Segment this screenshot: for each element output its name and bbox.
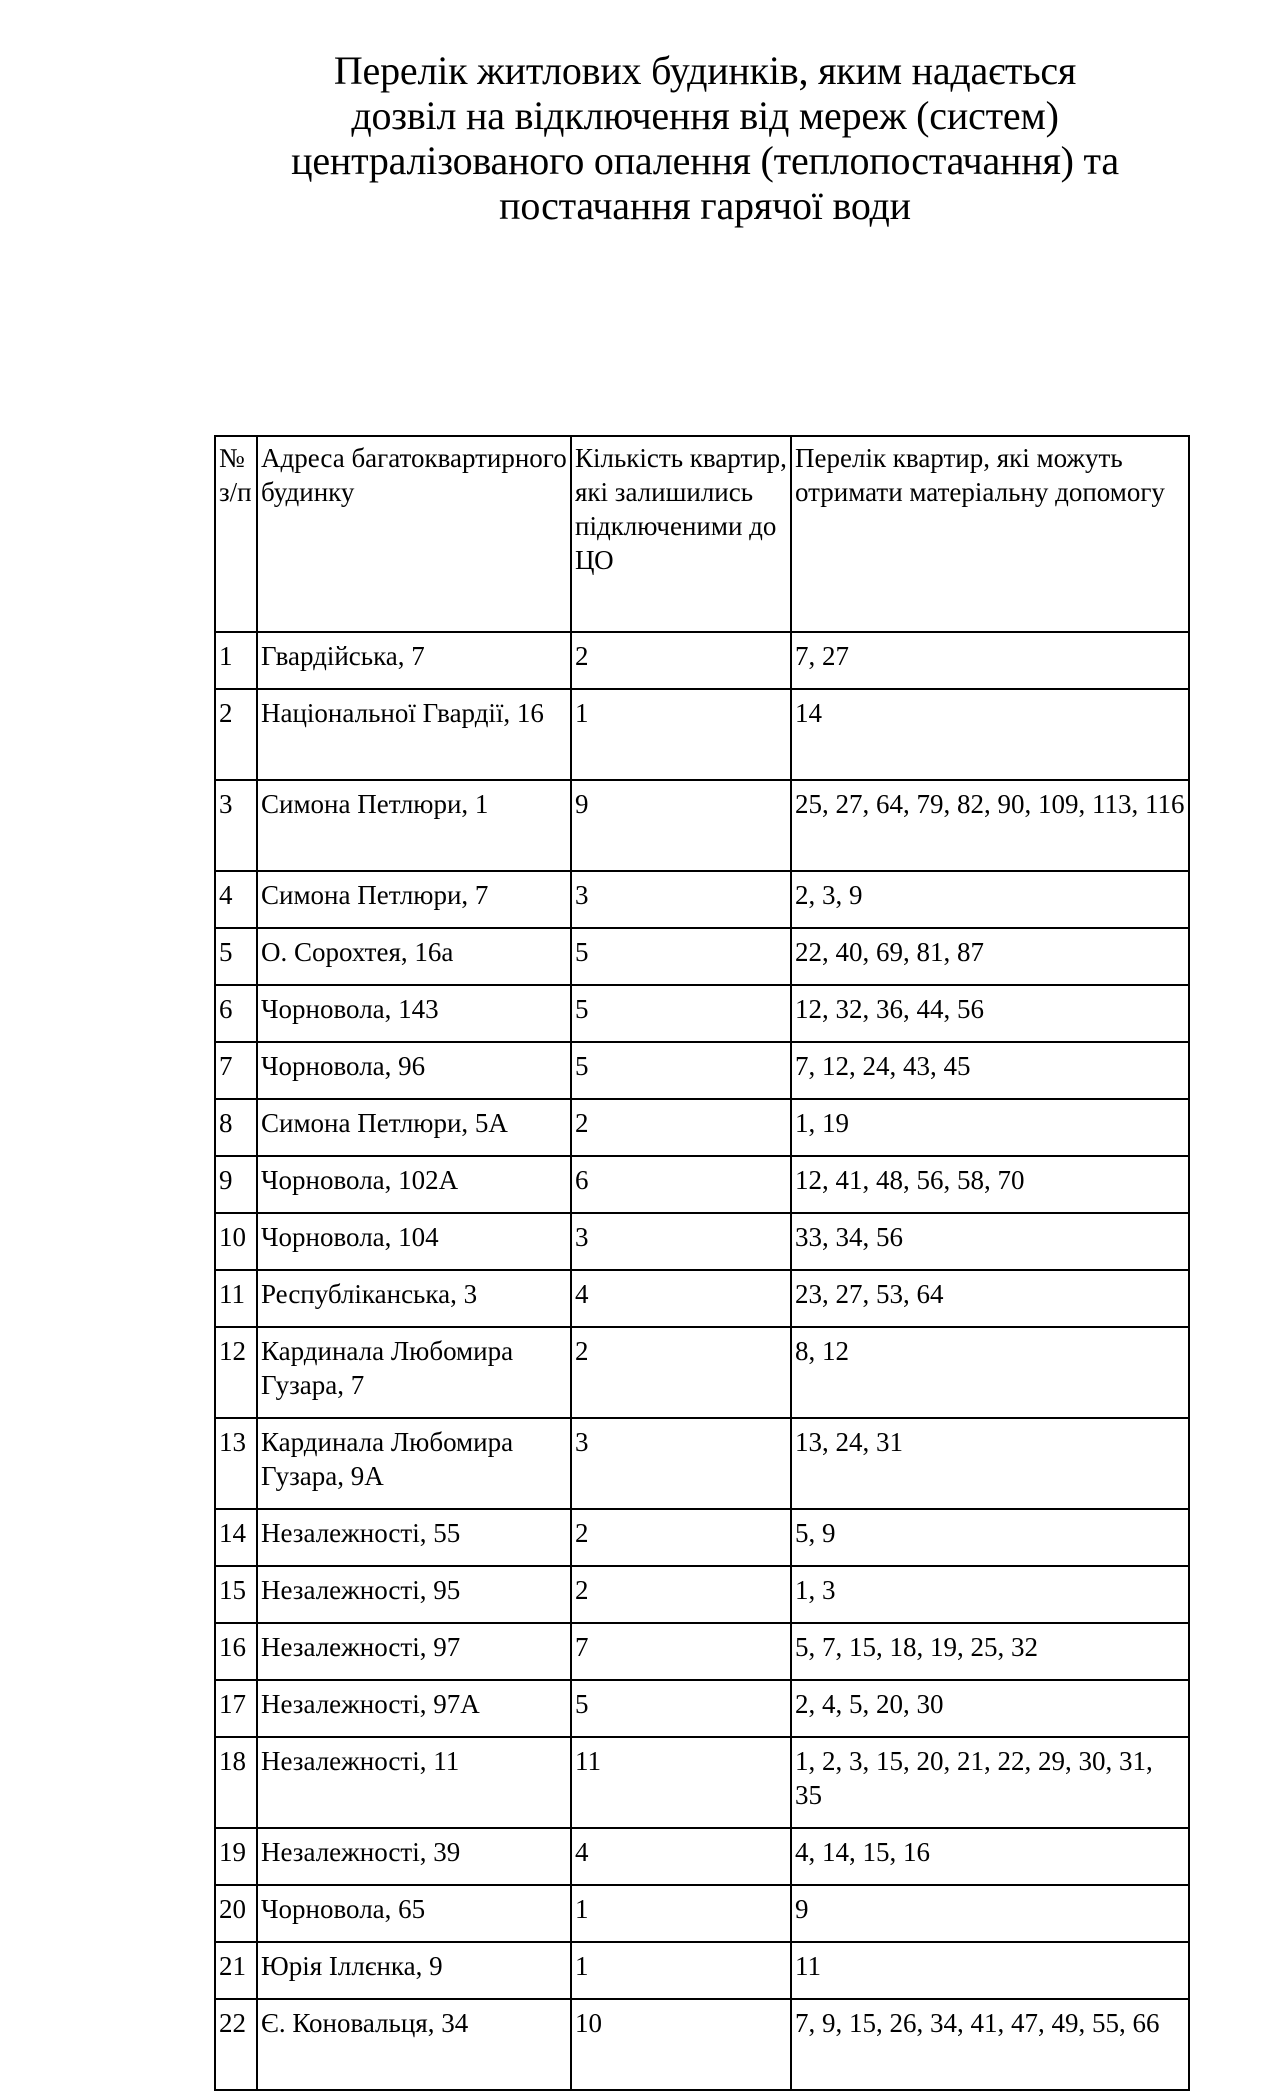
cell-address: Гвардійська, 7 xyxy=(257,632,571,689)
cell-apartments: 23, 27, 53, 64 xyxy=(791,1270,1189,1327)
cell-number: 16 xyxy=(215,1623,257,1680)
cell-number: 12 xyxy=(215,1327,257,1418)
cell-apartments: 2, 4, 5, 20, 30 xyxy=(791,1680,1189,1737)
header-number-abbr: з/п xyxy=(219,475,254,509)
cell-count: 1 xyxy=(571,1885,791,1942)
cell-apartments: 1, 19 xyxy=(791,1099,1189,1156)
cell-count: 2 xyxy=(571,1509,791,1566)
cell-address: Незалежності, 55 xyxy=(257,1509,571,1566)
cell-number: 22 xyxy=(215,1999,257,2090)
table-row: 9Чорновола, 102А612, 41, 48, 56, 58, 70 xyxy=(215,1156,1189,1213)
table-row: 21Юрія Іллєнка, 9111 xyxy=(215,1942,1189,1999)
cell-count: 5 xyxy=(571,985,791,1042)
table-row: 10Чорновола, 104333, 34, 56 xyxy=(215,1213,1189,1270)
header-apartments: Перелік квартир, які можуть отримати мат… xyxy=(791,436,1189,632)
cell-count: 3 xyxy=(571,1213,791,1270)
cell-apartments: 2, 3, 9 xyxy=(791,871,1189,928)
cell-count: 5 xyxy=(571,1042,791,1099)
cell-number: 14 xyxy=(215,1509,257,1566)
cell-number: 10 xyxy=(215,1213,257,1270)
table-header-row: № з/п Адреса багатоквартирного будинку К… xyxy=(215,436,1189,632)
table-row: 2Національної Гвардії, 16114 xyxy=(215,689,1189,780)
cell-number: 6 xyxy=(215,985,257,1042)
cell-count: 7 xyxy=(571,1623,791,1680)
table-row: 18Незалежності, 11111, 2, 3, 15, 20, 21,… xyxy=(215,1737,1189,1828)
table-row: 5О. Сорохтея, 16а522, 40, 69, 81, 87 xyxy=(215,928,1189,985)
header-number-sign: № xyxy=(219,441,254,475)
cell-apartments: 7, 12, 24, 43, 45 xyxy=(791,1042,1189,1099)
cell-number: 3 xyxy=(215,780,257,871)
header-count: Кількість квартир, які залишились підклю… xyxy=(571,436,791,632)
cell-address: Республіканська, 3 xyxy=(257,1270,571,1327)
table-row: 4Симона Петлюри, 732, 3, 9 xyxy=(215,871,1189,928)
cell-count: 5 xyxy=(571,928,791,985)
cell-apartments: 8, 12 xyxy=(791,1327,1189,1418)
cell-number: 21 xyxy=(215,1942,257,1999)
cell-address: Симона Петлюри, 7 xyxy=(257,871,571,928)
title-line: постачання гарячої води xyxy=(180,183,1230,228)
cell-number: 19 xyxy=(215,1828,257,1885)
cell-number: 9 xyxy=(215,1156,257,1213)
cell-number: 8 xyxy=(215,1099,257,1156)
cell-address: О. Сорохтея, 16а xyxy=(257,928,571,985)
cell-count: 4 xyxy=(571,1270,791,1327)
cell-apartments: 12, 32, 36, 44, 56 xyxy=(791,985,1189,1042)
table-row: 22Є. Коновальця, 34107, 9, 15, 26, 34, 4… xyxy=(215,1999,1189,2090)
cell-count: 2 xyxy=(571,632,791,689)
cell-address: Кардинала Любомира Гузара, 7 xyxy=(257,1327,571,1418)
table-row: 8Симона Петлюри, 5А21, 19 xyxy=(215,1099,1189,1156)
cell-count: 6 xyxy=(571,1156,791,1213)
cell-number: 5 xyxy=(215,928,257,985)
cell-apartments: 11 xyxy=(791,1942,1189,1999)
cell-apartments: 9 xyxy=(791,1885,1189,1942)
cell-number: 13 xyxy=(215,1418,257,1509)
cell-count: 1 xyxy=(571,689,791,780)
cell-number: 7 xyxy=(215,1042,257,1099)
cell-count: 3 xyxy=(571,871,791,928)
cell-number: 4 xyxy=(215,871,257,928)
cell-address: Чорновола, 102А xyxy=(257,1156,571,1213)
cell-number: 15 xyxy=(215,1566,257,1623)
cell-address: Чорновола, 104 xyxy=(257,1213,571,1270)
table-row: 1Гвардійська, 727, 27 xyxy=(215,632,1189,689)
cell-apartments: 5, 9 xyxy=(791,1509,1189,1566)
cell-number: 20 xyxy=(215,1885,257,1942)
cell-address: Симона Петлюри, 1 xyxy=(257,780,571,871)
table-row: 19Незалежності, 3944, 14, 15, 16 xyxy=(215,1828,1189,1885)
cell-count: 2 xyxy=(571,1566,791,1623)
table-row: 6Чорновола, 143512, 32, 36, 44, 56 xyxy=(215,985,1189,1042)
cell-count: 2 xyxy=(571,1327,791,1418)
table-row: 13Кардинала Любомира Гузара, 9А313, 24, … xyxy=(215,1418,1189,1509)
cell-count: 4 xyxy=(571,1828,791,1885)
cell-count: 2 xyxy=(571,1099,791,1156)
cell-apartments: 4, 14, 15, 16 xyxy=(791,1828,1189,1885)
cell-number: 11 xyxy=(215,1270,257,1327)
cell-count: 11 xyxy=(571,1737,791,1828)
cell-address: Чорновола, 96 xyxy=(257,1042,571,1099)
cell-apartments: 7, 27 xyxy=(791,632,1189,689)
cell-address: Є. Коновальця, 34 xyxy=(257,1999,571,2090)
cell-number: 17 xyxy=(215,1680,257,1737)
table-row: 16Незалежності, 9775, 7, 15, 18, 19, 25,… xyxy=(215,1623,1189,1680)
cell-address: Симона Петлюри, 5А xyxy=(257,1099,571,1156)
cell-count: 9 xyxy=(571,780,791,871)
cell-number: 18 xyxy=(215,1737,257,1828)
table-row: 17Незалежності, 97А52, 4, 5, 20, 30 xyxy=(215,1680,1189,1737)
cell-apartments: 1, 2, 3, 15, 20, 21, 22, 29, 30, 31, 35 xyxy=(791,1737,1189,1828)
cell-address: Чорновола, 65 xyxy=(257,1885,571,1942)
table-row: 14Незалежності, 5525, 9 xyxy=(215,1509,1189,1566)
cell-apartments: 13, 24, 31 xyxy=(791,1418,1189,1509)
cell-apartments: 5, 7, 15, 18, 19, 25, 32 xyxy=(791,1623,1189,1680)
cell-apartments: 1, 3 xyxy=(791,1566,1189,1623)
cell-number: 2 xyxy=(215,689,257,780)
cell-count: 1 xyxy=(571,1942,791,1999)
cell-address: Незалежності, 11 xyxy=(257,1737,571,1828)
cell-apartments: 33, 34, 56 xyxy=(791,1213,1189,1270)
cell-address: Незалежності, 97 xyxy=(257,1623,571,1680)
cell-address: Національної Гвардії, 16 xyxy=(257,689,571,780)
cell-apartments: 14 xyxy=(791,689,1189,780)
table-body: 1Гвардійська, 727, 272Національної Гвард… xyxy=(215,632,1189,2090)
header-number: № з/п xyxy=(215,436,257,632)
title-line: дозвіл на відключення від мереж (систем) xyxy=(180,93,1230,138)
cell-apartments: 25, 27, 64, 79, 82, 90, 109, 113, 116 xyxy=(791,780,1189,871)
cell-address: Незалежності, 97А xyxy=(257,1680,571,1737)
cell-count: 10 xyxy=(571,1999,791,2090)
title-line: централізованого опалення (теплопостачан… xyxy=(180,138,1230,183)
table-row: 7Чорновола, 9657, 12, 24, 43, 45 xyxy=(215,1042,1189,1099)
cell-address: Юрія Іллєнка, 9 xyxy=(257,1942,571,1999)
table-row: 12Кардинала Любомира Гузара, 728, 12 xyxy=(215,1327,1189,1418)
table-row: 20Чорновола, 6519 xyxy=(215,1885,1189,1942)
cell-count: 3 xyxy=(571,1418,791,1509)
cell-address: Кардинала Любомира Гузара, 9А xyxy=(257,1418,571,1509)
cell-apartments: 7, 9, 15, 26, 34, 41, 47, 49, 55, 66 xyxy=(791,1999,1189,2090)
table-row: 15Незалежності, 9521, 3 xyxy=(215,1566,1189,1623)
cell-number: 1 xyxy=(215,632,257,689)
cell-count: 5 xyxy=(571,1680,791,1737)
header-address: Адреса багатоквартирного будинку xyxy=(257,436,571,632)
cell-apartments: 22, 40, 69, 81, 87 xyxy=(791,928,1189,985)
document-title: Перелік житлових будинків, яким надаєтьс… xyxy=(180,48,1230,228)
table-row: 11Республіканська, 3423, 27, 53, 64 xyxy=(215,1270,1189,1327)
title-line: Перелік житлових будинків, яким надаєтьс… xyxy=(180,48,1230,93)
cell-address: Незалежності, 95 xyxy=(257,1566,571,1623)
cell-address: Незалежності, 39 xyxy=(257,1828,571,1885)
cell-apartments: 12, 41, 48, 56, 58, 70 xyxy=(791,1156,1189,1213)
cell-address: Чорновола, 143 xyxy=(257,985,571,1042)
buildings-table: № з/п Адреса багатоквартирного будинку К… xyxy=(214,435,1190,2091)
table-row: 3Симона Петлюри, 1925, 27, 64, 79, 82, 9… xyxy=(215,780,1189,871)
